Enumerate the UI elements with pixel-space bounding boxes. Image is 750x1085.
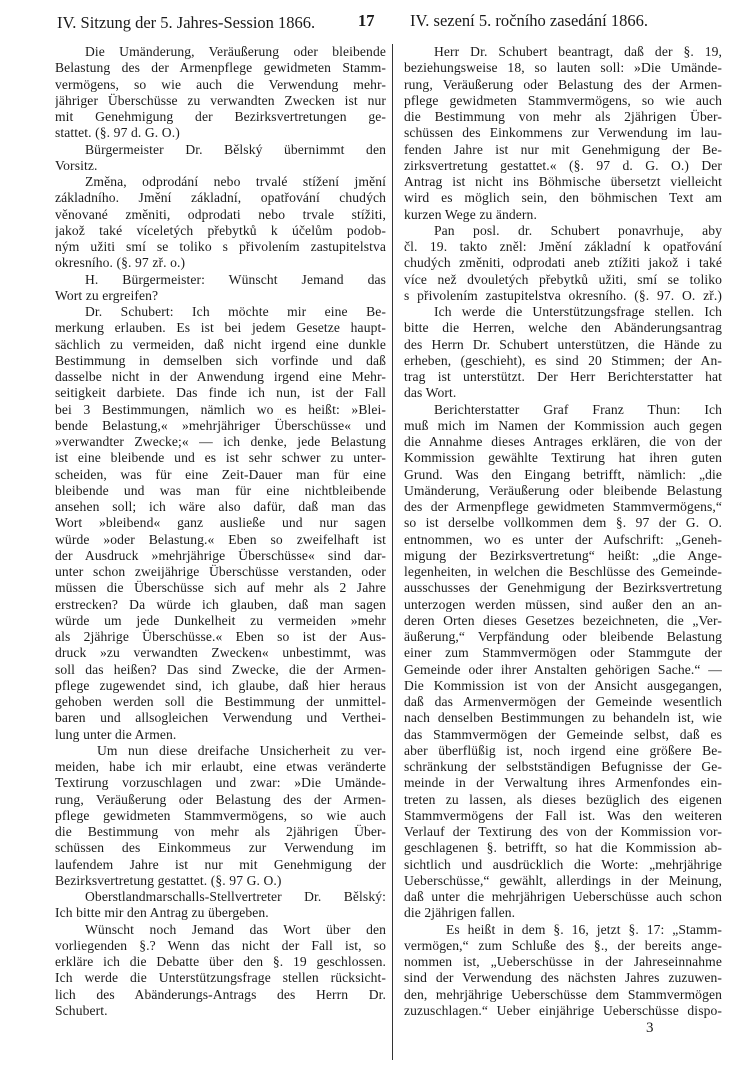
- text-line: Stammvermögens der Fall ist. Was den wei…: [404, 808, 722, 824]
- text-line: vermögen,“ zum Schluße des §., der berei…: [404, 938, 722, 954]
- text-line: schränkung der selbstständigen Befugniss…: [404, 759, 722, 775]
- text-line: rung, Veräußerung oder Belastung des der…: [55, 792, 386, 808]
- text-line: deren Orten dieses Gesetzes bezeichneten…: [404, 613, 722, 629]
- text-line: Pan posl. dr. Schubert ponavrhuje, aby: [404, 223, 722, 239]
- text-line: zuzuschlagen.“ Ueber einjährige Uebersch…: [404, 1003, 722, 1019]
- text-line: meinde in der Verwaltung ihres Armenfond…: [404, 775, 722, 791]
- text-line: pflege gewidmeten Stammvermögens, so wie…: [55, 808, 386, 824]
- text-line: Schubert.: [55, 1003, 386, 1019]
- text-line: Grund. Was den Eingang betrifft, nämlich…: [404, 467, 722, 483]
- text-line: s přivolením zastupitelstva okresního. (…: [404, 288, 722, 304]
- text-line: jakož také víceletých přebytků k účelům …: [55, 223, 386, 239]
- text-line: lich des Abänderungs-Antrags des Herrn D…: [55, 987, 386, 1003]
- text-line: ist eine bleibende und es ist sehr schwe…: [55, 450, 386, 466]
- text-line: Um nun diese dreifache Unsicherheit zu v…: [55, 743, 386, 759]
- text-line: der Ausdruck »mehrjährige Überschüsse« s…: [55, 548, 386, 564]
- text-line: bitte die Herren, welche den Abänderungs…: [404, 320, 722, 336]
- text-line: daß das Armenvermögen der Gemeinde wesen…: [404, 694, 722, 710]
- text-line: vorliegenden §.? Wenn das nicht der Fall…: [55, 938, 386, 954]
- text-line: Wünscht noch Jemand das Wort über den: [55, 922, 386, 938]
- text-line: entnommen, wo es unter der Aufschrift: „…: [404, 532, 722, 548]
- text-line: bei 3 Bestimmungen, nämlich wo es heißt:…: [55, 402, 386, 418]
- text-line: erstrecken? Da würde ich glauben, daß ma…: [55, 597, 386, 613]
- text-line: bleibende und was man für eine nichtblei…: [55, 483, 386, 499]
- text-line: seitigkeit darbiete. Das finde ich nun, …: [55, 385, 386, 401]
- text-line: stattet. (§. 97 d. G. O.): [55, 125, 386, 141]
- text-line: merkung erlauben. Es ist bei jedem Geset…: [55, 320, 386, 336]
- header-czech-title: IV. sezení 5. ročního zasedání 1866.: [410, 11, 648, 31]
- text-line: des der Armenpflege gewidmeten Stammverm…: [404, 499, 722, 515]
- column-divider: [392, 44, 393, 1060]
- text-line: Kommission gewählte Textirung hat ihren …: [404, 450, 722, 466]
- text-line: würde um jede Dunkelheit zu vermeiden »m…: [55, 613, 386, 629]
- text-line: erheben, (geschieht), es sind 20 Stimmen…: [404, 353, 722, 369]
- text-line: daß unter die mehrjährigen Ueberschüsse …: [404, 889, 722, 905]
- text-line: einer zum Stammvermögen oder Stammgute d…: [404, 645, 722, 661]
- text-line: Belastung des der Armenpflege gewidmeten…: [55, 60, 386, 76]
- text-line: die Annahme dieses Antrages erklären, di…: [404, 434, 722, 450]
- text-line: sind der Verwendung des nächsten Jahres …: [404, 970, 722, 986]
- text-line: Bezirksvertretung gestattet. (§. 97 G. O…: [55, 873, 386, 889]
- text-line: nommen ist, „Ueberschüsse in der Jahrese…: [404, 954, 722, 970]
- text-line: ausschusses der Genehmigung der Bezirksv…: [404, 580, 722, 596]
- sheet-number: 3: [646, 1020, 654, 1037]
- text-line: zirksvertretung gestattet.« (§. 97 d. G.…: [404, 158, 722, 174]
- text-line: čl. 19. takto zněl: Jmění základní k opa…: [404, 239, 722, 255]
- text-line: základního. Jmění základní, opatřování c…: [55, 190, 386, 206]
- text-line: aber überflüßig ist, noch irgend eine gr…: [404, 743, 722, 759]
- text-line: pflege zugewendet sind, ich glaube, daß …: [55, 678, 386, 694]
- text-line: den, mehrjährige Ueberschüsse dem Stammv…: [404, 987, 722, 1003]
- text-line: wird es möglich sein, den böhmischen Tex…: [404, 190, 722, 206]
- text-line: die Bestimmung von mehr als 2jährigen Üb…: [55, 824, 386, 840]
- text-line: baren und allsogleichen Verwendung und V…: [55, 710, 386, 726]
- text-line: vermögens, so wie auch die Verwendung me…: [55, 77, 386, 93]
- text-line: Gemeinde oder ihrer Anstalten gehörigen …: [404, 662, 722, 678]
- text-line: Ueberschüsse,“ gewählt, allerdings in de…: [404, 873, 722, 889]
- text-line: beziehungsweise 18, so lauten soll: »Die…: [404, 60, 722, 76]
- text-line: Dr. Schubert: Ich möchte mir eine Be-: [55, 304, 386, 320]
- text-line: das Wort.: [404, 385, 722, 401]
- text-line: äußerung,“ Verpfändung oder bleibende Be…: [404, 629, 722, 645]
- text-line: Berichterstatter Graf Franz Thun: Ich: [404, 402, 722, 418]
- text-line: pflege gewidmeten Stammvermögens, so wie…: [404, 93, 722, 109]
- text-line: kurzen Wege zu ändern.: [404, 207, 722, 223]
- text-line: lung unter die Armen.: [55, 727, 386, 743]
- text-line: Ich bitte mir den Antrag zu übergeben.: [55, 905, 386, 921]
- text-line: trag ist unterstützt. Der Herr Berichter…: [404, 369, 722, 385]
- text-line: des Herrn Dr. Schubert unterstützen, die…: [404, 337, 722, 353]
- text-line: fenden Jahre ist nur mit Genehmigung der…: [404, 142, 722, 158]
- text-line: jähriger Überschüsse zu verwandten Zweck…: [55, 93, 386, 109]
- text-line: gehoben werden soll die Bestimmung der u…: [55, 694, 386, 710]
- text-line: laufendem Jahre ist nur mit Genehmigung …: [55, 857, 386, 873]
- text-line: schüssen des Einkommeus zur Verwendung i…: [55, 840, 386, 856]
- text-line: Oberstlandmarschalls-Stellvertreter Dr. …: [55, 889, 386, 905]
- running-header: IV. Sitzung der 5. Jahres-Session 1866. …: [0, 11, 750, 35]
- text-line: scheiden, was für eine Zeit-Dauer man fü…: [55, 467, 386, 483]
- text-line: Ich werde die Unterstützungsfrage stelle…: [55, 970, 386, 986]
- text-line: ným užiti smí se toliko s přivolením zas…: [55, 239, 386, 255]
- header-german-title: IV. Sitzung der 5. Jahres-Session 1866.: [57, 13, 315, 33]
- text-line: H. Bürgermeister: Wünscht Jemand das: [55, 272, 386, 288]
- text-line: Es heißt in dem §. 16, jetzt §. 17: „Sta…: [404, 922, 722, 938]
- text-line: Bestimmung in demselben sich vorfinde un…: [55, 353, 386, 369]
- text-line: schüssen des Einkommens zur Verwendung i…: [404, 125, 722, 141]
- left-column-german-text: Die Umänderung, Veräußerung oder bleiben…: [55, 44, 386, 1019]
- text-line: unter schon zweijährige Überschüsse vers…: [55, 564, 386, 580]
- text-line: würde »oder Belastung.« Eben so zweifelh…: [55, 532, 386, 548]
- text-line: Změna, odprodání nebo trvalé stížení jmě…: [55, 174, 386, 190]
- text-line: Antrag ist nicht ins Böhmische übersetzt…: [404, 174, 722, 190]
- text-line: migung der Bezirksvertretung“ heißt: „di…: [404, 548, 722, 564]
- right-column-text: Herr Dr. Schubert beantragt, daß der §. …: [404, 44, 722, 1019]
- text-line: Wort »bleibend« ganz ausließe und nur sa…: [55, 515, 386, 531]
- text-line: geschlagenen §. betrifft, so hat die Kom…: [404, 840, 722, 856]
- header-page-number: 17: [358, 11, 375, 31]
- text-line: legenheiten, in welchen die Beschlüsse d…: [404, 564, 722, 580]
- text-line: Die Kommission ist von der Ansicht ausge…: [404, 678, 722, 694]
- text-line: Herr Dr. Schubert beantragt, daß der §. …: [404, 44, 722, 60]
- text-line: věnované změniti, odprodati nebo trvale …: [55, 207, 386, 223]
- text-line: dasselbe nicht in der Anwendung irgend e…: [55, 369, 386, 385]
- text-line: sichtlich und ausdrücklich die Worte: „m…: [404, 857, 722, 873]
- text-line: sächlich zu vermeiden, daß nicht irgend …: [55, 337, 386, 353]
- text-line: Die Umänderung, Veräußerung oder bleiben…: [55, 44, 386, 60]
- text-line: mit Genehmigung der Bezirksvertretungen …: [55, 109, 386, 125]
- text-line: müssen die Überschüsse sich auf mehr als…: [55, 580, 386, 596]
- text-line: unterzogen werden müssen, sind außer den…: [404, 597, 722, 613]
- text-line: bende Belastung,« »mehrjähriger Überschü…: [55, 418, 386, 434]
- text-line: více než dvouletých přebytků užiti, smí …: [404, 272, 722, 288]
- text-line: meiden, habe ich mir erlaubt, eine etwas…: [55, 759, 386, 775]
- text-line: erkläre ich die Debatte über den §. 19 g…: [55, 954, 386, 970]
- text-line: treten zu lassen, als dieses bezüglich d…: [404, 792, 722, 808]
- text-line: Verlauf der Textirung des von der Kommis…: [404, 824, 722, 840]
- text-line: Vorsitz.: [55, 158, 386, 174]
- text-line: Ich werde die Unterstützungsfrage stelle…: [404, 304, 722, 320]
- text-line: rung, Veräußerung oder Belastung des der…: [404, 77, 722, 93]
- text-line: Textirung vorzuschlagen und zwar: »Die U…: [55, 775, 386, 791]
- text-line: Bürgermeister Dr. Bělský übernimmt den: [55, 142, 386, 158]
- text-line: Wort zu ergreifen?: [55, 288, 386, 304]
- text-line: soll das heißen? Das sind Zwecke, die de…: [55, 662, 386, 678]
- text-line: die Bestimmung von mehr als 2jährigen Üb…: [404, 109, 722, 125]
- text-line: ansehen soll; ich wäre also dafür, daß m…: [55, 499, 386, 515]
- text-line: druck »zu verwandten Zwecken« unbestimmt…: [55, 645, 386, 661]
- text-line: als 2jährige Überschüsse.« Eben so ist d…: [55, 629, 386, 645]
- text-line: so ist derselbe vollkommen dem §. 97 der…: [404, 515, 722, 531]
- text-line: okresního. (§. 97 zř. o.): [55, 255, 386, 271]
- text-line: nach denselben Bestimmungen zu behandeln…: [404, 710, 722, 726]
- text-line: »verwandter Zwecke;« — ich denke, jede B…: [55, 434, 386, 450]
- text-line: die 2jährigen fallen.: [404, 905, 722, 921]
- text-line: chudých změniti, odprodati aneb ztížiti …: [404, 255, 722, 271]
- text-line: muß mich im Namen der Kommission auch ge…: [404, 418, 722, 434]
- text-line: Umänderung, Veräußerung oder bleibende B…: [404, 483, 722, 499]
- text-line: das Stammvermögen der Gemeinde selbst, d…: [404, 727, 722, 743]
